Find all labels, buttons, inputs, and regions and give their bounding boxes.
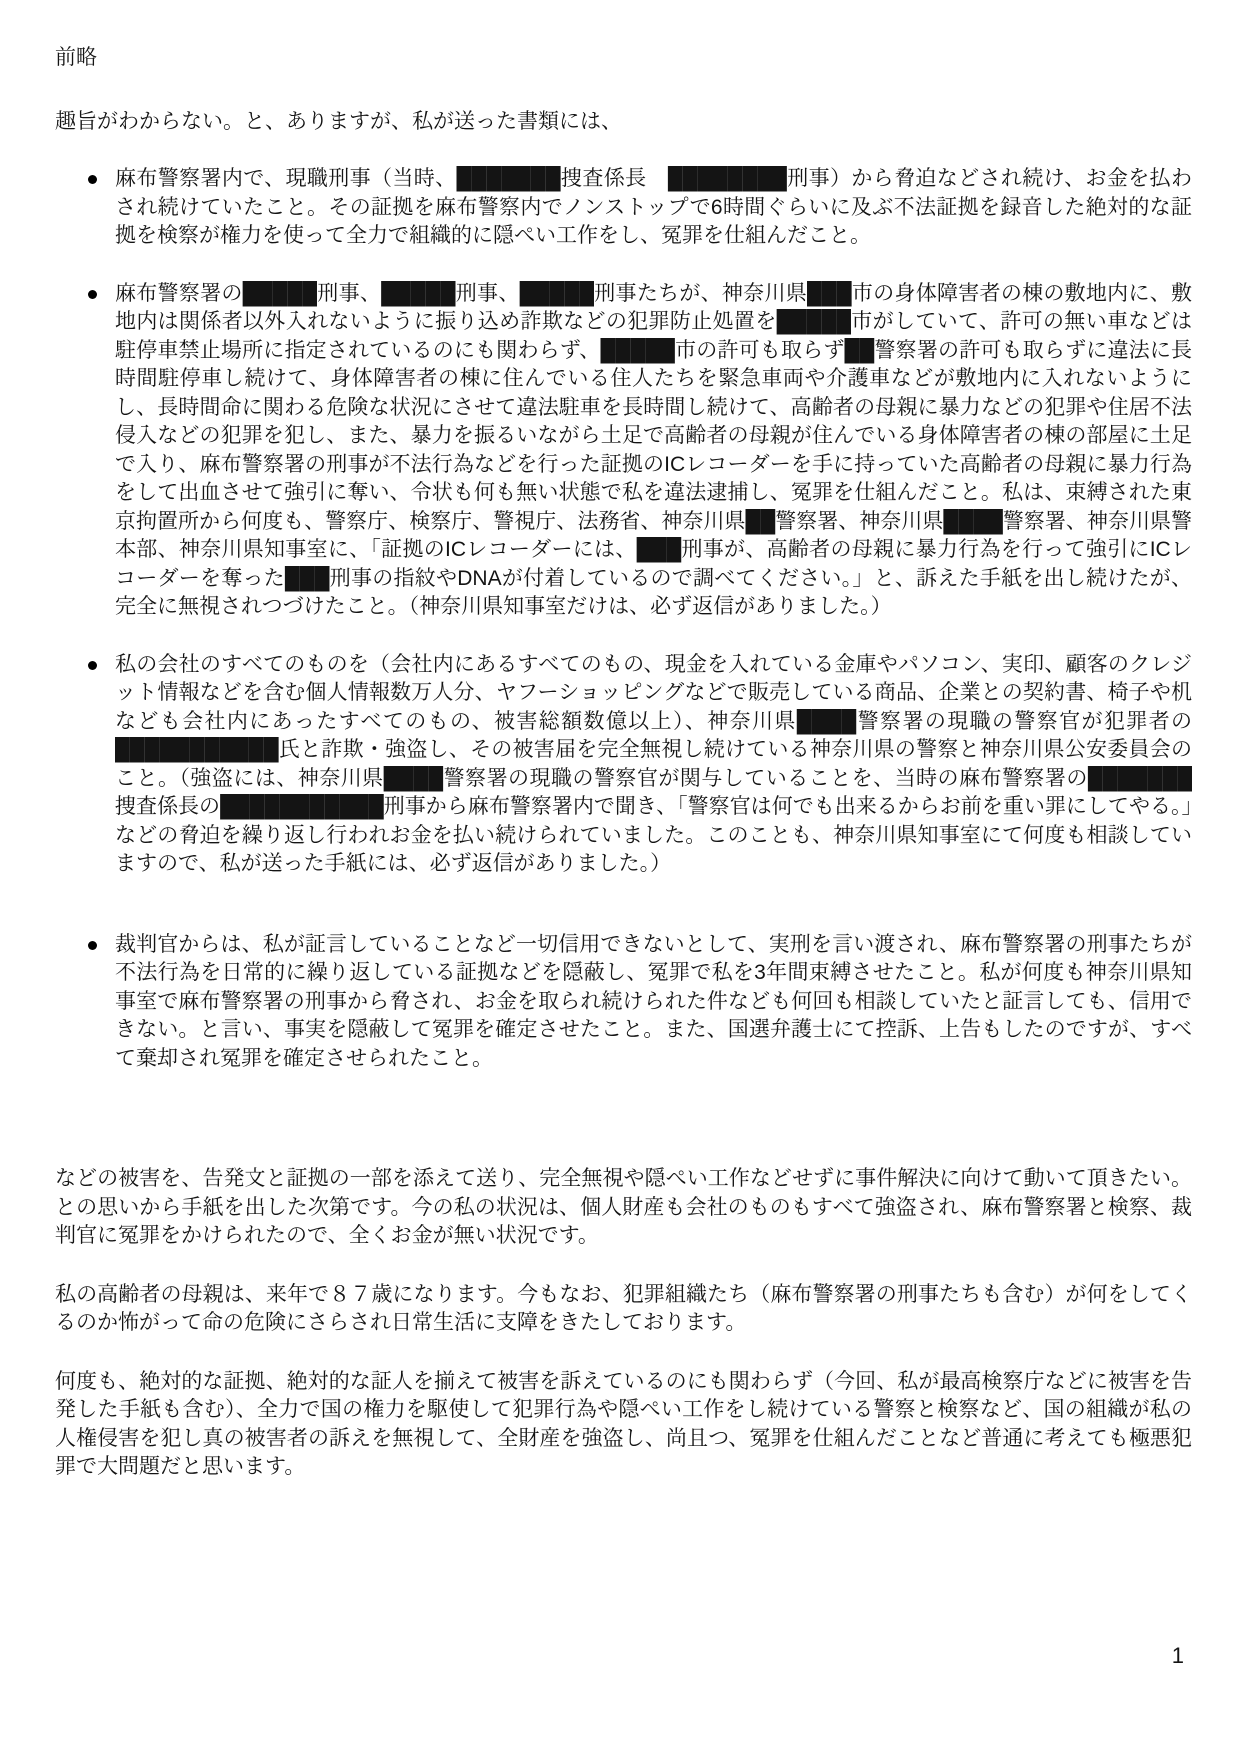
closing-paragraph-request: などの被害を、告発文と証拠の一部を添えて送り、完全無視や隠ぺい工作などせずに事件… xyxy=(55,1165,1192,1251)
complaint-item: 私の会社のすべてのものを（会社内にあるすべてのもの、現金を入れている金庫やパソコ… xyxy=(55,651,1192,879)
complaint-item: 麻布警察署の█████刑事、█████刑事、█████刑事たちが、神奈川県███… xyxy=(55,280,1192,622)
closing-section: などの被害を、告発文と証拠の一部を添えて送り、完全無視や隠ぺい工作などせずに事件… xyxy=(55,1165,1192,1482)
complaint-list: 麻布警察署内で、現職刑事（当時、███████捜査係長 ████████刑事）か… xyxy=(55,165,1192,1073)
closing-paragraph-conclusion: 何度も、絶対的な証拠、絶対的な証人を揃えて被害を訴えているのにも関わらず（今回、… xyxy=(55,1368,1192,1482)
complaint-text: 裁判官からは、私が証言していることなど一切信用できないとして、実刑を言い渡され、… xyxy=(115,933,1192,1070)
page-number: 1 xyxy=(1172,1642,1184,1671)
intro-line: 趣旨がわからない。と、ありますが、私が送った書類には、 xyxy=(55,108,1192,137)
bullet-icon xyxy=(88,175,97,184)
complaint-text: 麻布警察署の█████刑事、█████刑事、█████刑事たちが、神奈川県███… xyxy=(115,282,1192,619)
document-page: 前略 趣旨がわからない。と、ありますが、私が送った書類には、 麻布警察署内で、現… xyxy=(0,0,1242,1755)
complaint-text: 私の会社のすべてのものを（会社内にあるすべてのもの、現金を入れている金庫やパソコ… xyxy=(115,653,1192,876)
complaint-item: 裁判官からは、私が証言していることなど一切信用できないとして、実刑を言い渡され、… xyxy=(55,931,1192,1074)
bullet-icon xyxy=(88,290,97,299)
bullet-icon xyxy=(88,941,97,950)
closing-paragraph-mother: 私の高齢者の母親は、来年で８７歳になります。今もなお、犯罪組織たち（麻布警察署の… xyxy=(55,1281,1192,1338)
bullet-icon xyxy=(88,661,97,670)
complaint-item: 麻布警察署内で、現職刑事（当時、███████捜査係長 ████████刑事）か… xyxy=(55,165,1192,251)
complaint-text: 麻布警察署内で、現職刑事（当時、███████捜査係長 ████████刑事）か… xyxy=(115,167,1192,247)
opening-greeting: 前略 xyxy=(55,44,1192,73)
